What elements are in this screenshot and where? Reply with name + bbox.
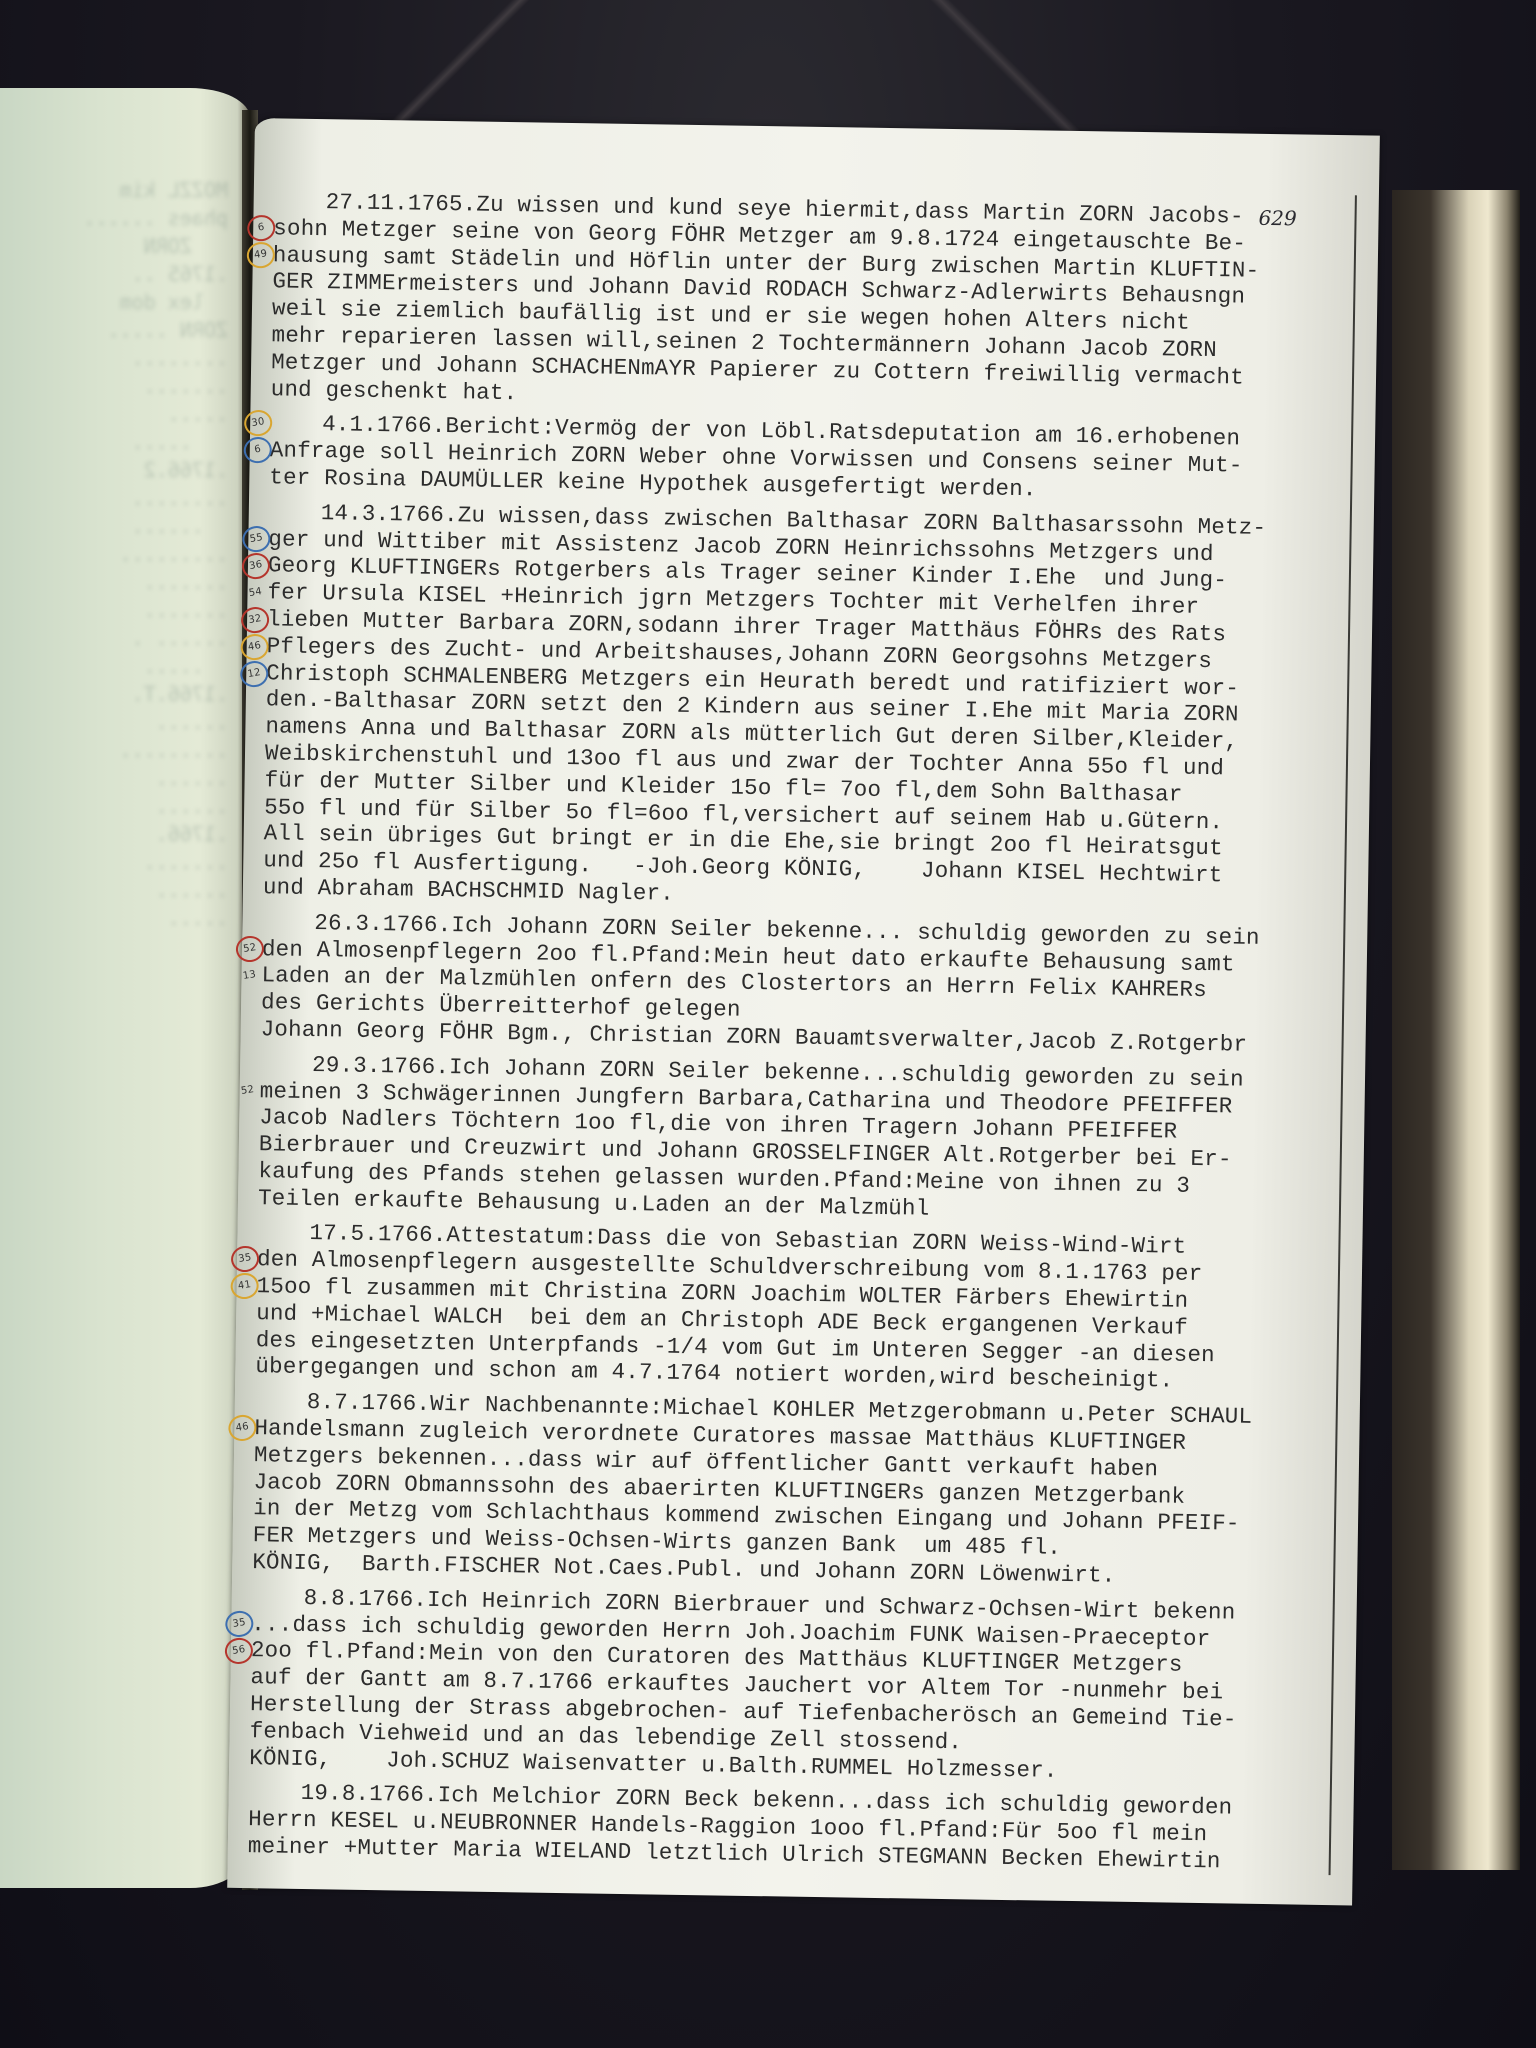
entry: 14.3.1766.Zu wissen,dass zwischen Baltha… [263, 499, 1329, 918]
entry: 17.5.1766.Attestatum:Dass die von Sebast… [255, 1220, 1317, 1397]
entry: 8.8.1766.Ich Heinrich ZORN Bierbrauer un… [249, 1584, 1312, 1788]
page-right-rule [1329, 195, 1357, 1875]
left-page: MOZZL kim phaes ...... ZORN .1765 .. lex… [0, 88, 250, 1888]
book-page-edges [1392, 190, 1520, 1870]
left-page-bleed-through: MOZZL kim phaes ...... ZORN .1765 .. lex… [8, 148, 228, 960]
entry: 4.1.1766.Bericht:Vermög der von Löbl.Rat… [269, 411, 1330, 508]
right-page: 629 27.11.1765.Zu wissen und kund seye h… [227, 118, 1380, 1905]
entry: 19.8.1766.Ich Melchior ZORN Beck bekenn.… [248, 1780, 1309, 1877]
entry: 8.7.1766.Wir Nachbenannte:Michael KOHLER… [252, 1388, 1315, 1592]
entry: 26.3.1766.Ich Johann ZORN Seiler bekenne… [260, 909, 1322, 1060]
typed-text-block: 27.11.1765.Zu wissen und kund seye hierm… [248, 188, 1334, 1884]
entry: 27.11.1765.Zu wissen und kund seye hierm… [271, 188, 1334, 419]
entry: 29.3.1766.Ich Johann ZORN Seiler bekenne… [258, 1051, 1320, 1228]
